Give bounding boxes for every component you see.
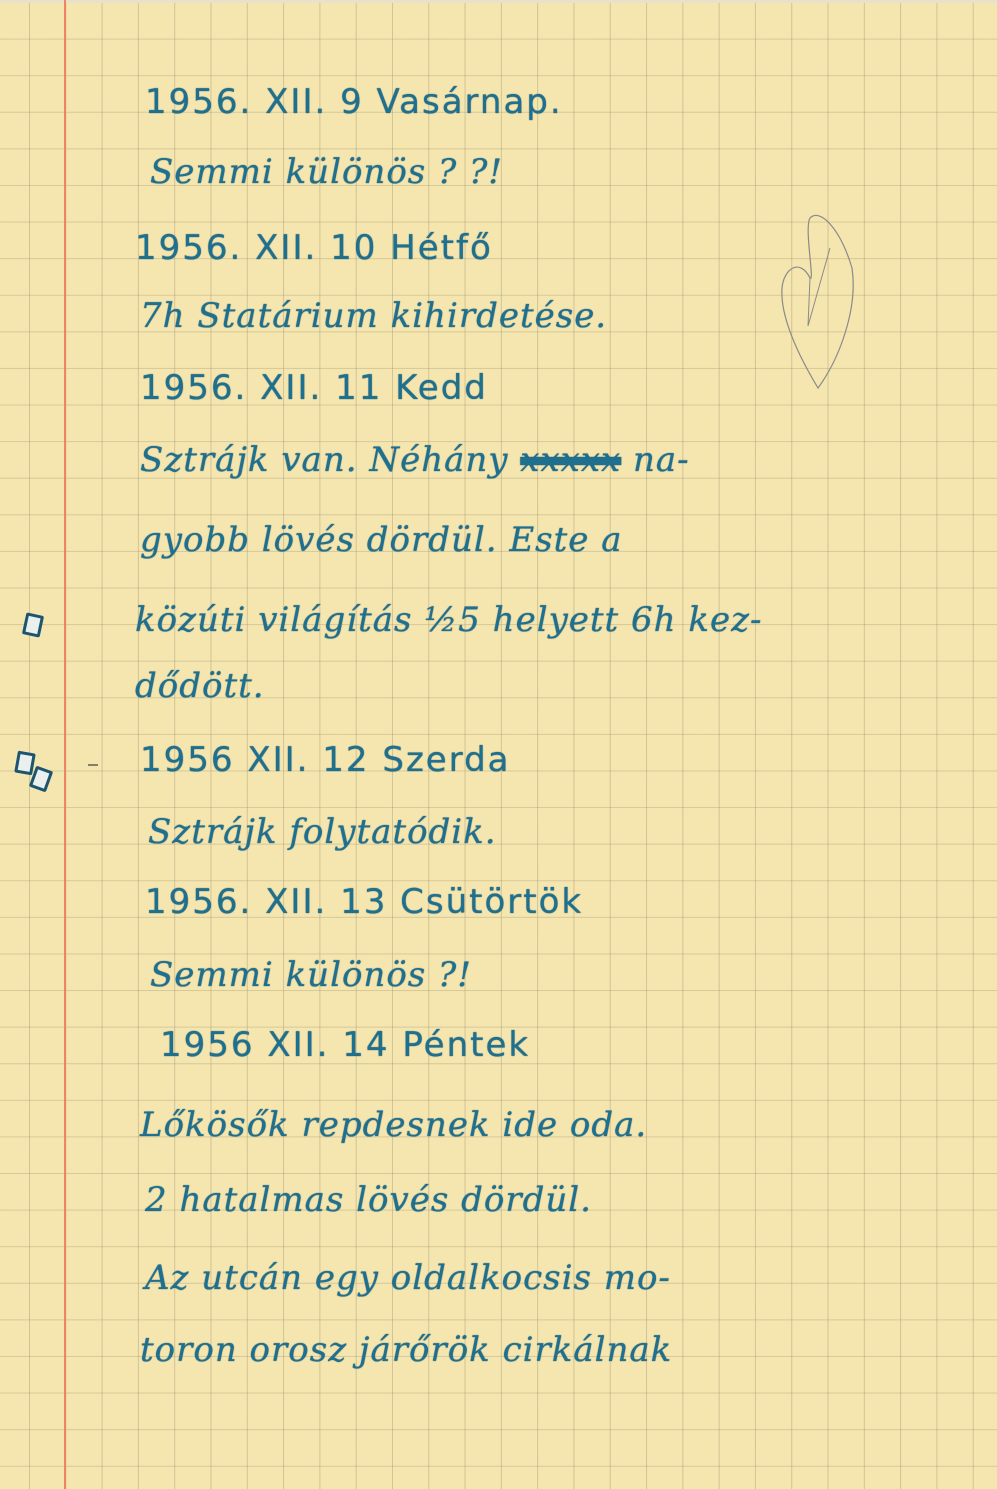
entry-text: dődött. [135, 666, 265, 706]
entry-text: Sztrájk van. Néhány xxxxx na- [140, 440, 690, 480]
entry-heading-dec-14: 1956 XII. 14 Péntek [160, 1025, 530, 1065]
entry-text-segment: na- [621, 440, 689, 480]
entry-heading-dec-13: 1956. XII. 13 Csütörtök [145, 882, 583, 922]
page-top-edge [0, 0, 997, 3]
entry-text: 7h Statárium kihirdetése. [140, 296, 607, 336]
entry-text: közúti világítás ½5 helyett 6h kez- [135, 600, 763, 640]
red-margin-line [64, 0, 66, 1489]
entry-text: Sztrájk folytatódik. [148, 812, 497, 852]
entry-heading-dec-9: 1956. XII. 9 Vasárnap. [145, 82, 563, 122]
entry-heading-dec-11: 1956. XII. 11 Kedd [140, 368, 488, 408]
struck-out-word: xxxxx [520, 440, 621, 480]
pencil-heart-icon [780, 208, 860, 398]
entry-text: 2 hatalmas lövés dördül. [145, 1180, 592, 1220]
entry-heading-dec-12: 1956 XII. 12 Szerda [140, 740, 511, 780]
entry-text: Lőkösők repdesnek ide oda. [140, 1105, 647, 1145]
entry-text: toron orosz járőrök cirkálnak [140, 1330, 672, 1370]
entry-text: Semmi különös ?! [150, 955, 472, 995]
entry-text: Semmi különös ? ?! [150, 152, 503, 192]
stamp-mark-icon [14, 751, 36, 776]
pencil-dash [88, 764, 98, 766]
entry-heading-dec-10: 1956. XII. 10 Hétfő [135, 228, 493, 268]
entry-text-segment: Sztrájk van. Néhány [140, 440, 520, 480]
entry-text: gyobb lövés dördül. Este a [140, 520, 622, 560]
entry-text: Az utcán egy oldalkocsis mo- [145, 1258, 671, 1298]
